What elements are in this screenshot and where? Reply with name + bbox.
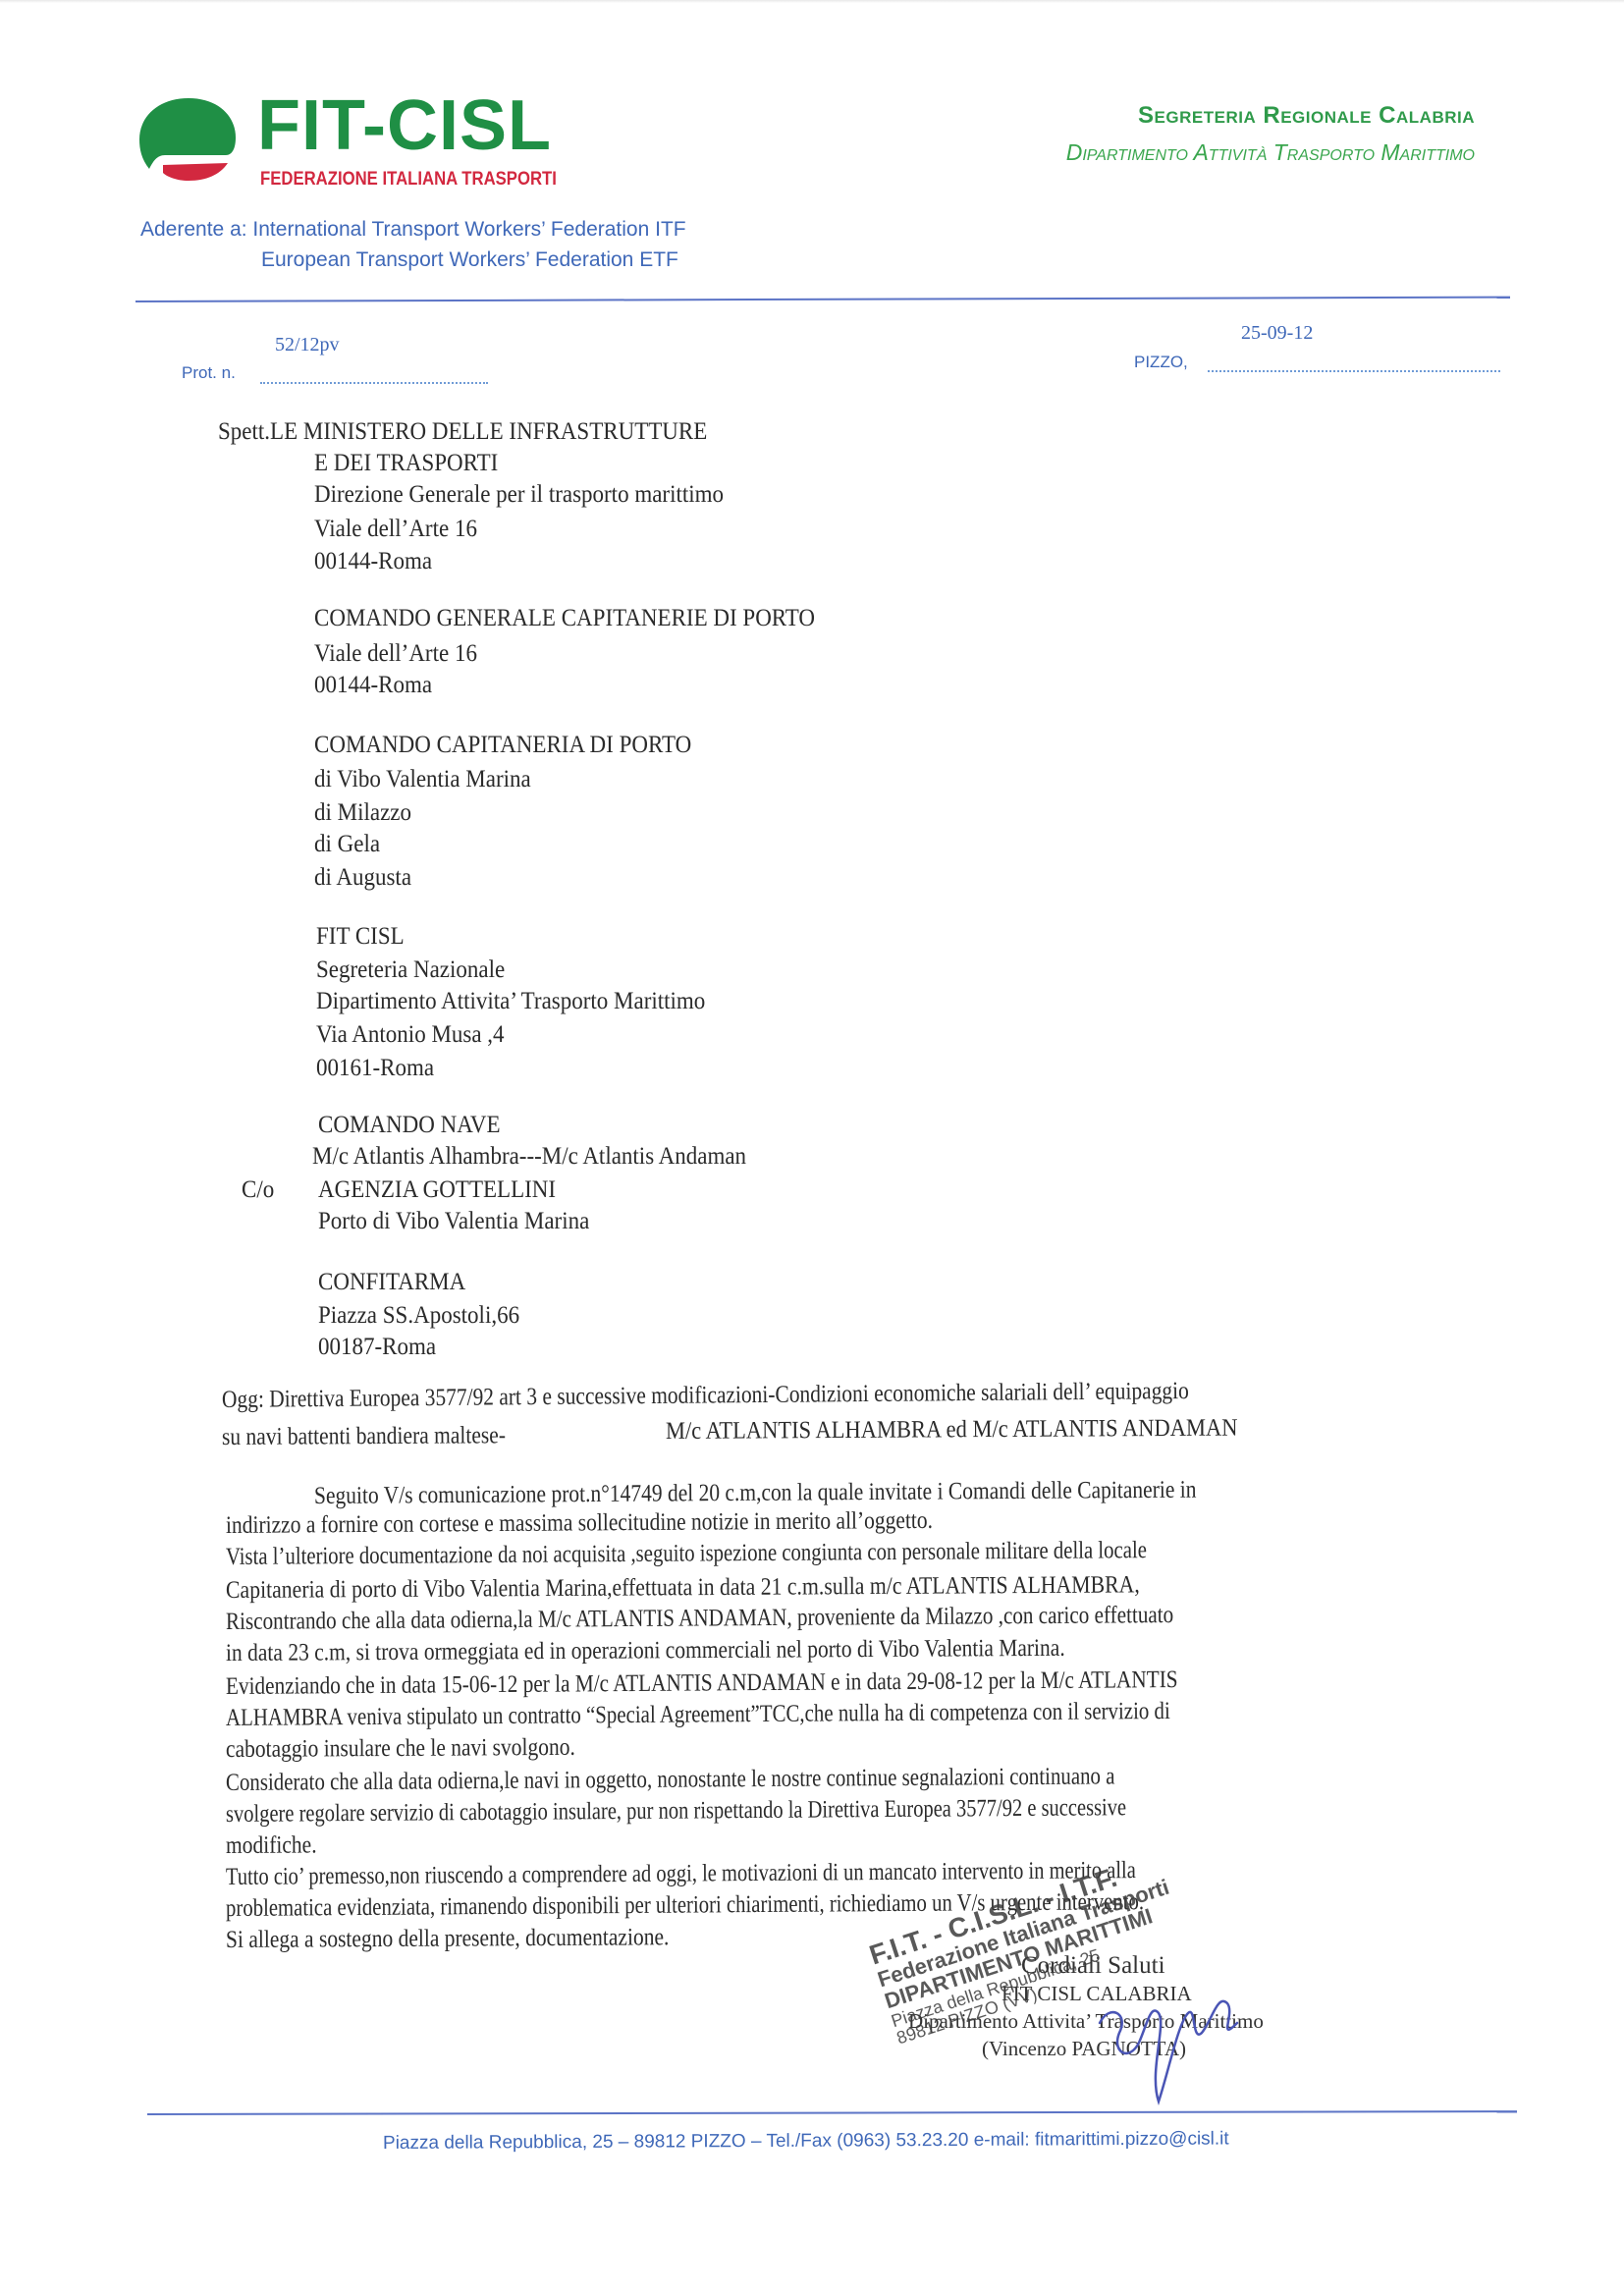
recipient-line: Spett.LE MINISTERO DELLE INFRASTRUTTURE xyxy=(218,418,707,446)
recipient-line: Dipartimento Attivita’ Trasporto Maritti… xyxy=(316,988,705,1015)
page-top-edge xyxy=(0,0,1624,3)
recipient-line: E DEI TRASPORTI xyxy=(314,450,498,477)
body-line: Vista l’ulteriore documentazione da noi … xyxy=(226,1537,1147,1571)
logo-subtitle: FEDERAZIONE ITALIANA TRASPORTI xyxy=(260,169,557,191)
recipient-line: COMANDO NAVE xyxy=(318,1112,501,1139)
affiliation-etf: European Transport Workers’ Federation E… xyxy=(261,248,678,272)
body-line: svolgere regolare servizio di cabotaggio… xyxy=(226,1794,1126,1829)
body-line: Evidenziando che in data 15-06-12 per la… xyxy=(226,1666,1178,1701)
recipient-line: COMANDO GENERALE CAPITANERIE DI PORTO xyxy=(314,605,815,632)
body-line: cabotaggio insulare che le navi svolgono… xyxy=(226,1734,575,1764)
subject-line: Ogg: Direttiva Europea 3577/92 art 3 e s… xyxy=(222,1378,1189,1414)
recipient-line: FIT CISL xyxy=(316,923,405,951)
recipient-line: Direzione Generale per il trasporto mari… xyxy=(314,481,724,509)
recipient-line: di Vibo Valentia Marina xyxy=(314,766,531,793)
recipient-line: di Augusta xyxy=(314,864,411,892)
recipient-line: Via Antonio Musa ,4 xyxy=(316,1021,505,1049)
body-line: modifiche. xyxy=(226,1831,317,1860)
recipient-line: 00144-Roma xyxy=(314,672,432,699)
body-line: Si allega a sostegno della presente, doc… xyxy=(226,1924,669,1954)
recipient-line: 00187-Roma xyxy=(318,1334,436,1361)
recipient-line: 00144-Roma xyxy=(314,548,432,575)
recipient-line: AGENZIA GOTTELLINI xyxy=(318,1176,556,1204)
recipient-line: di Milazzo xyxy=(314,799,411,827)
footer-divider xyxy=(147,2110,1517,2115)
body-line: Considerato che alla data odierna,le nav… xyxy=(226,1763,1115,1797)
body-line: Tutto cio’ premesso,non riuscendo a comp… xyxy=(226,1857,1136,1891)
recipient-line: Viale dell’Arte 16 xyxy=(314,640,477,668)
handwritten-signature-icon xyxy=(1090,1964,1247,2111)
body-line: Riscontrando che alla data odierna,la M/… xyxy=(226,1602,1173,1636)
regional-secretariat: Segreteria Regionale Calabria xyxy=(1138,102,1475,130)
affiliation-itf: Aderente a: International Transport Work… xyxy=(140,218,686,242)
subject-line: su navi battenti bandiera maltese- xyxy=(222,1422,506,1451)
protocol-dotted-line xyxy=(260,382,488,384)
letter-date: 25-09-12 xyxy=(1241,322,1313,345)
care-of-label: C/o xyxy=(242,1176,274,1204)
place-label: PIZZO, xyxy=(1134,353,1188,372)
subject-ships: M/c ATLANTIS ALHAMBRA ed M/c ATLANTIS AN… xyxy=(666,1415,1238,1446)
recipient-line: COMANDO CAPITANERIA DI PORTO xyxy=(314,732,691,759)
department-name: Dipartimento Attività Trasporto Marittim… xyxy=(1066,139,1475,166)
cisl-logo-icon xyxy=(137,94,240,189)
footer-contact: Piazza della Repubblica, 25 – 89812 PIZZ… xyxy=(383,2128,1229,2155)
body-line: indirizzo a fornire con cortese e massim… xyxy=(226,1507,933,1540)
protocol-label: Prot. n. xyxy=(182,363,236,383)
body-line: Seguito V/s comunicazione prot.n°14749 d… xyxy=(314,1477,1197,1510)
recipient-line: Segreteria Nazionale xyxy=(316,956,505,984)
recipient-line: Viale dell’Arte 16 xyxy=(314,516,477,543)
recipient-line: di Gela xyxy=(314,831,380,858)
date-dotted-line xyxy=(1208,370,1500,372)
body-line: in data 23 c.m, si trova ormeggiata ed i… xyxy=(226,1635,1065,1667)
recipient-line: Porto di Vibo Valentia Marina xyxy=(318,1208,589,1235)
recipient-line: CONFITARMA xyxy=(318,1269,465,1296)
header-divider xyxy=(135,297,1510,302)
body-line: Capitaneria di porto di Vibo Valentia Ma… xyxy=(226,1571,1140,1605)
recipient-line: M/c Atlantis Alhambra---M/c Atlantis And… xyxy=(312,1143,746,1171)
protocol-number: 52/12pv xyxy=(275,334,340,356)
logo-title: FIT-CISL xyxy=(257,90,552,161)
recipient-line: Piazza SS.Apostoli,66 xyxy=(318,1302,519,1330)
recipient-line: 00161-Roma xyxy=(316,1055,434,1082)
body-line: ALHAMBRA veniva stipulato un contratto “… xyxy=(226,1698,1170,1732)
